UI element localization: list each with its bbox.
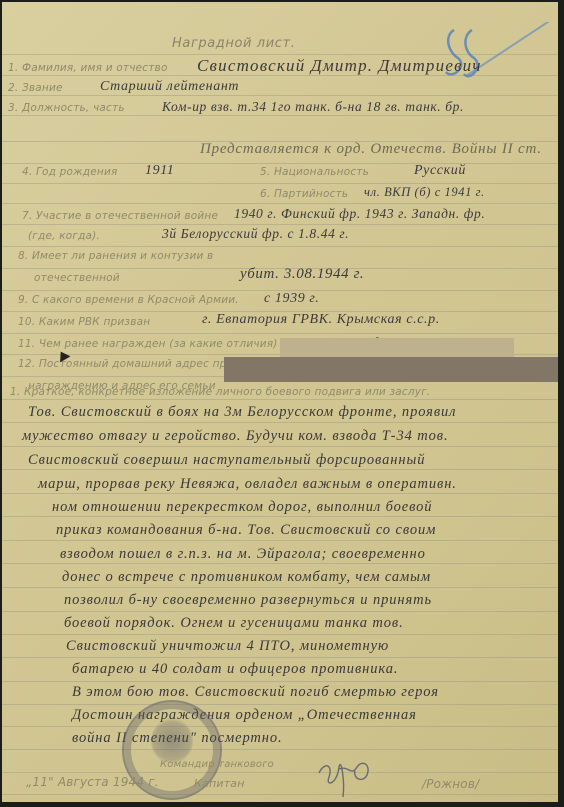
footer-date: „11" Августа 1944 г. [26,775,159,789]
field-9-label: 9. С какого времени в Красной Армии. [18,294,239,306]
field-4-value: 1911 [145,163,174,179]
field-5-label: 5. Национальность [260,166,369,178]
ruled-line [2,183,558,184]
ruled-line [2,772,558,773]
field-6-value: чл. ВКП (б) с 1941 г. [364,185,485,200]
field-7-label-2: (где, когда). [28,230,100,242]
field-6-label: 6. Партийность [260,188,348,200]
field-8-value: убит. 3.08.1944 г. [240,266,364,283]
narrative-line: батарею и 40 солдат и офицеров противник… [72,661,398,678]
field-7-label: 7. Участие в отечественной войне [22,210,218,222]
ruled-line [2,95,558,96]
ruled-line [2,203,558,204]
narrative-line: взводом пошел в г.п.з. на м. Эйрагола; с… [60,546,426,563]
narrative-line: В этом бою тов. Свистовский погиб смерть… [72,684,439,701]
ruled-line [2,726,558,727]
field-3-label: 3. Должность, часть [8,102,125,114]
ruled-line [2,115,558,116]
field-2-value: Старший лейтенант [100,79,239,95]
field-5-value: Русский [414,163,466,179]
document-title: Наградной лист. [172,36,295,51]
ruled-line [2,399,558,400]
ruled-line [2,611,558,612]
field-10-value: г. Евпатория ГРВК. Крымская с.с.р. [202,312,440,328]
narrative-line: марш, прорвав реку Невяжа, овладел важны… [38,476,457,493]
ruled-line [2,446,558,447]
field-1-value: Свистовский Дмитр. Дмитриевич [197,56,482,76]
redaction-box-light [280,338,514,357]
narrative-line: ном отношении перекрестком дорог, выполн… [52,499,432,516]
ruled-line [2,749,558,750]
ruled-line [2,587,558,588]
footer-position-1: Командир танкового [160,759,274,770]
narrative-line: Свистовский уничтожил 4 ПТО, минометную [66,638,389,655]
handwritten-signature-icon [315,747,375,802]
ruled-line [2,657,558,658]
ruled-line [2,516,558,517]
field-10-label: 10. Каким РВК призван [18,316,150,328]
narrative-line: донес о встрече с противником комбату, ч… [62,569,431,586]
ruled-line [2,224,558,225]
narrative-line: Свистовский совершил наступательный форс… [28,452,425,469]
narrative-line: Тов. Свистовский в боях на 3м Белорусско… [28,404,456,421]
award-presented-line: Представляется к орд. Отечеств. Войны II… [200,141,542,158]
narrative-line: боевой порядок. Огнем и гусеницами танка… [64,615,404,632]
section-1-label: 1. Краткое, конкретное изложение личного… [10,386,430,398]
ruled-line [2,493,558,494]
coat-of-arms-emblem-icon [151,718,193,764]
field-8-label: 8. Имеет ли ранения и контузии в [18,250,213,262]
ruled-line [2,634,558,635]
field-8-label-2: отечественной [34,272,120,284]
field-11-label: 11. Чем ранее награжден (за какие отличи… [18,338,278,350]
ruled-line [2,681,558,682]
narrative-line: мужество отвагу и геройство. Будучи ком.… [22,428,449,445]
ruled-line [2,794,558,795]
ruled-line [2,469,558,470]
narrative-line: Достоин награждения орденом „Отечественн… [72,707,417,724]
field-1-label: 1. Фамилия, имя и отчество [8,62,168,74]
field-4-label: 4. Год рождения [22,166,118,178]
field-7-value-2: 3й Белорусский фр. с 1.8.44 г. [162,226,349,242]
field-2-label: 2. Звание [8,82,63,94]
footer-signer-name: /Рожнов/ [422,777,479,791]
narrative-line: позволил б-ну своевременно развернуться … [64,592,432,609]
ruled-line [2,333,558,334]
ruled-line [2,540,558,541]
field-9-value: с 1939 г. [264,291,319,307]
ruled-line [2,422,558,423]
ruled-line [2,246,558,247]
field-3-value: Ком-ир взв. т.34 1го танк. б-на 18 гв. т… [162,99,464,115]
narrative-line: приказ командования б-на. Тов. Свистовск… [56,522,436,539]
field-7-value: 1940 г. Финский фр. 1943 г. Западн. фр. [234,206,485,222]
footer-position-2: Капитан [194,777,245,790]
award-sheet: Наградной лист. 1. Фамилия, имя и отчест… [2,2,558,802]
ruled-line [2,704,558,705]
ruled-line [2,163,558,164]
redaction-box-dark [224,357,558,382]
ruled-line [2,563,558,564]
